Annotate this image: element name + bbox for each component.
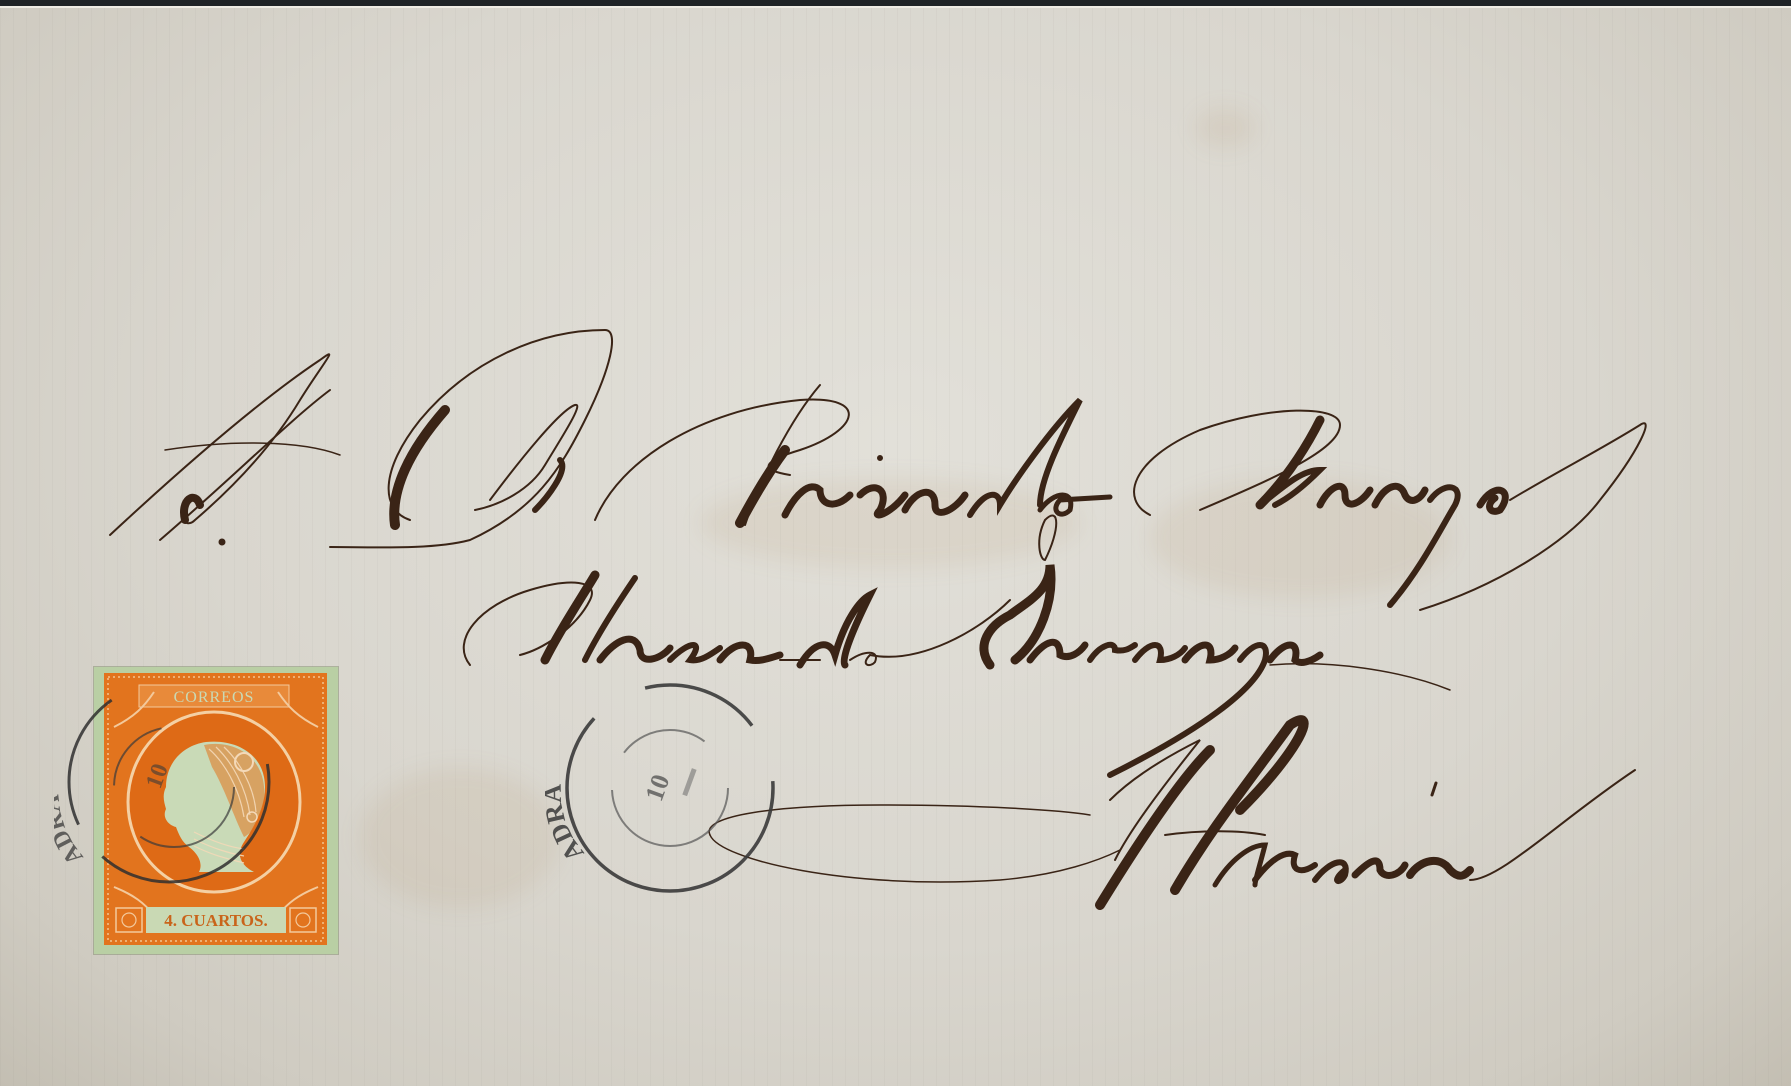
postmark-day: 10 <box>639 771 675 805</box>
postmark-circular-date-stamp: ADRA 10 <box>545 678 795 928</box>
cancel-day: 10 <box>141 760 174 791</box>
postage-stamp: CORREOS 4. CUARTOS. <box>94 667 338 954</box>
stamp-cancellation: ADRA 10 <box>54 657 354 957</box>
